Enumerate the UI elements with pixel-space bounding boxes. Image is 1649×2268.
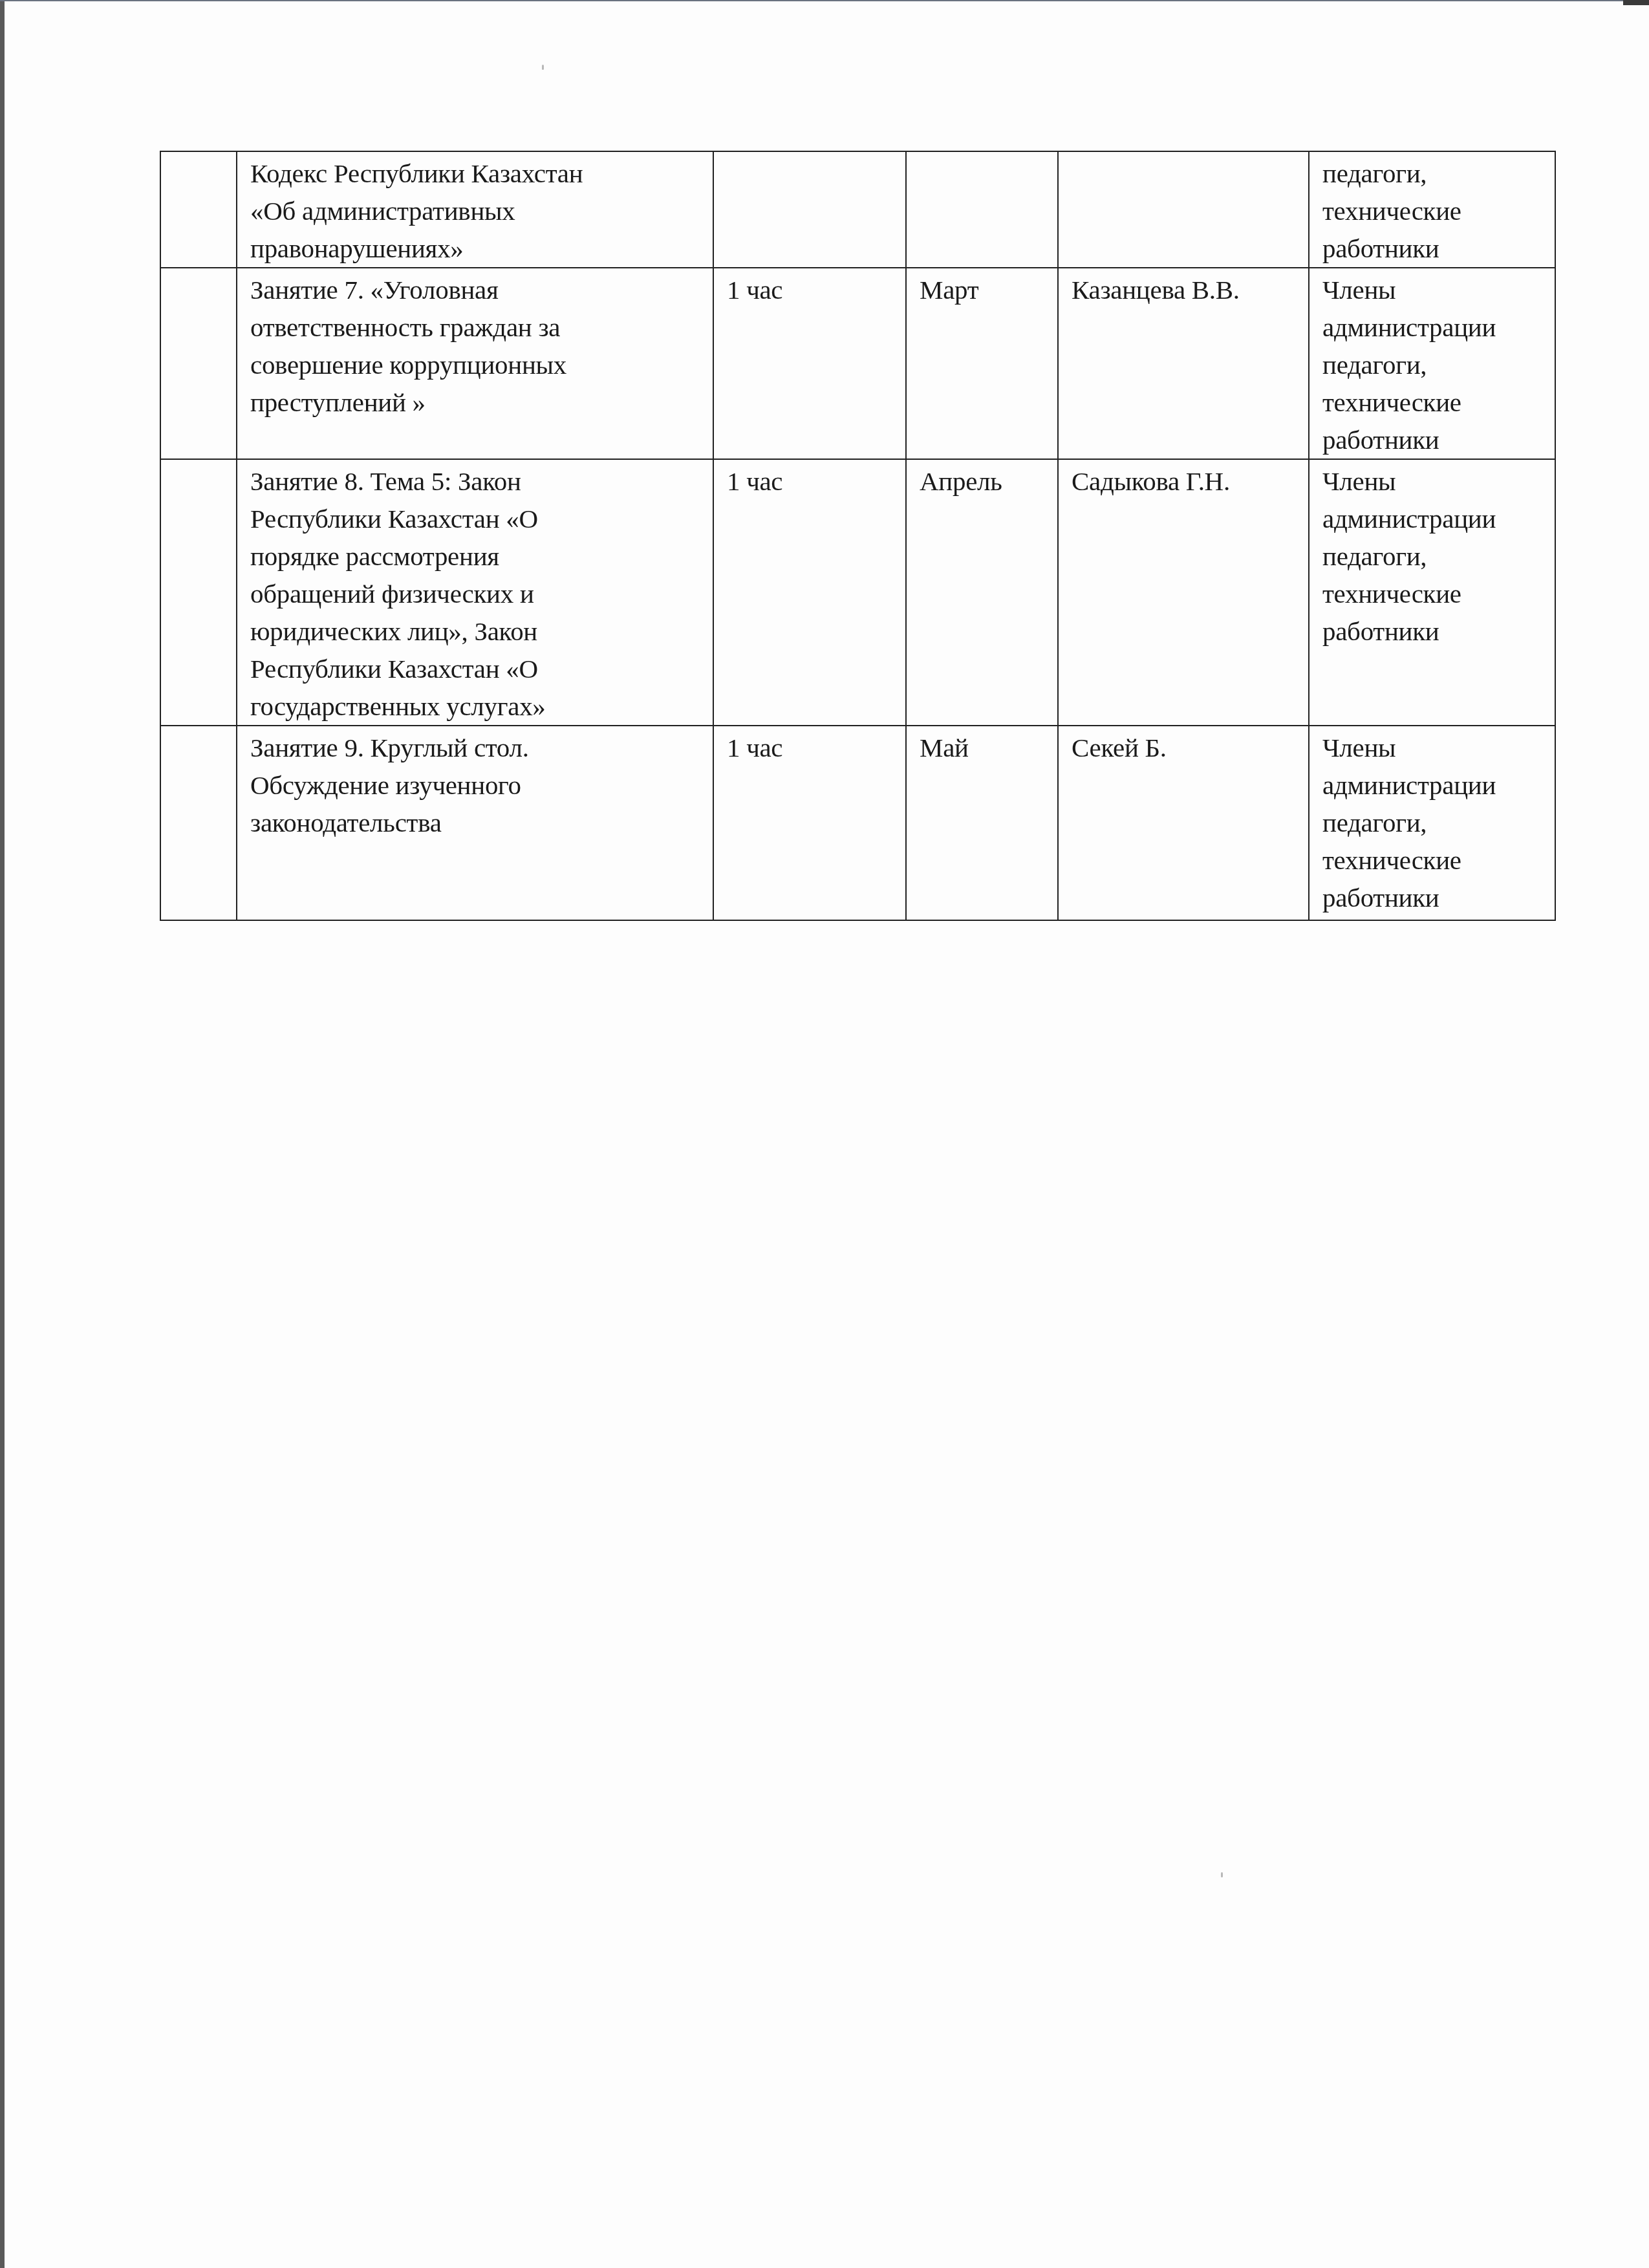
cell-duration: 1 час — [713, 268, 906, 459]
topic-line: порядке рассмотрения — [250, 537, 707, 575]
scan-speck — [542, 65, 544, 70]
participants-line: работники — [1322, 612, 1552, 650]
participants-line: Члены — [1322, 462, 1552, 500]
cell-number — [160, 726, 237, 920]
cell-date: Май — [906, 726, 1058, 920]
topic-line: преступлений » — [250, 383, 707, 421]
cell-topic: Занятие 8. Тема 5: Закон Республики Каза… — [237, 459, 713, 726]
cell-topic: Занятие 7. «Уголовная ответственность гр… — [237, 268, 713, 459]
participants-line: работники — [1322, 879, 1552, 916]
cell-date: Апрель — [906, 459, 1058, 726]
topic-line: Кодекс Республики Казахстан — [250, 155, 707, 192]
cell-date — [906, 151, 1058, 268]
table-row: Занятие 9. Круглый стол. Обсуждение изуч… — [160, 726, 1555, 920]
participants-line: работники — [1322, 421, 1552, 459]
cell-responsible: Казанцева В.В. — [1058, 268, 1309, 459]
cell-duration — [713, 151, 906, 268]
topic-line: ответственность граждан за — [250, 308, 707, 346]
cell-responsible: Секей Б. — [1058, 726, 1309, 920]
cell-duration: 1 час — [713, 726, 906, 920]
participants-line: педагоги, — [1322, 346, 1552, 383]
table-row: Кодекс Республики Казахстан «Об админист… — [160, 151, 1555, 268]
cell-participants: Члены администрации педагоги, технически… — [1309, 459, 1555, 726]
participants-line: технические — [1322, 383, 1552, 421]
topic-line: «Об административных — [250, 192, 707, 230]
participants-line: администрации — [1322, 308, 1552, 346]
cell-number — [160, 151, 237, 268]
topic-line: законодательства — [250, 804, 707, 841]
participants-line: технические — [1322, 192, 1552, 230]
scan-speck — [1221, 1872, 1223, 1877]
cell-participants: Члены администрации педагоги, технически… — [1309, 726, 1555, 920]
participants-line: технические — [1322, 575, 1552, 612]
topic-line: обращений физических и — [250, 575, 707, 612]
cell-topic: Кодекс Республики Казахстан «Об админист… — [237, 151, 713, 268]
cell-duration: 1 час — [713, 459, 906, 726]
topic-line: Занятие 9. Круглый стол. — [250, 729, 707, 766]
cell-participants: педагоги, технические работники — [1309, 151, 1555, 268]
event-plan-table: Кодекс Республики Казахстан «Об админист… — [160, 151, 1556, 921]
cell-number — [160, 268, 237, 459]
participants-line: технические — [1322, 841, 1552, 879]
participants-line: Члены — [1322, 271, 1552, 308]
participants-line: работники — [1322, 230, 1552, 267]
participants-line: педагоги, — [1322, 537, 1552, 575]
cell-responsible: Садыкова Г.Н. — [1058, 459, 1309, 726]
participants-line: администрации — [1322, 500, 1552, 537]
topic-line: совершение коррупционных — [250, 346, 707, 383]
scan-edge-top — [0, 0, 1623, 1]
table-row: Занятие 8. Тема 5: Закон Республики Каза… — [160, 459, 1555, 726]
topic-line: Республики Казахстан «О — [250, 500, 707, 537]
participants-line: педагоги, — [1322, 804, 1552, 841]
topic-line: Занятие 8. Тема 5: Закон — [250, 462, 707, 500]
cell-topic: Занятие 9. Круглый стол. Обсуждение изуч… — [237, 726, 713, 920]
participants-line: Члены — [1322, 729, 1552, 766]
scan-edge-left — [0, 0, 5, 2268]
topic-line: Занятие 7. «Уголовная — [250, 271, 707, 308]
topic-line: юридических лиц», Закон — [250, 612, 707, 650]
participants-line: администрации — [1322, 766, 1552, 804]
participants-line: педагоги, — [1322, 155, 1552, 192]
cell-responsible — [1058, 151, 1309, 268]
topic-line: государственных услугах» — [250, 687, 707, 725]
topic-line: правонарушениях» — [250, 230, 707, 267]
cell-number — [160, 459, 237, 726]
cell-date: Март — [906, 268, 1058, 459]
topic-line: Республики Казахстан «О — [250, 650, 707, 687]
cell-participants: Члены администрации педагоги, технически… — [1309, 268, 1555, 459]
table-row: Занятие 7. «Уголовная ответственность гр… — [160, 268, 1555, 459]
scan-corner-top-right — [1623, 0, 1649, 5]
topic-line: Обсуждение изученного — [250, 766, 707, 804]
